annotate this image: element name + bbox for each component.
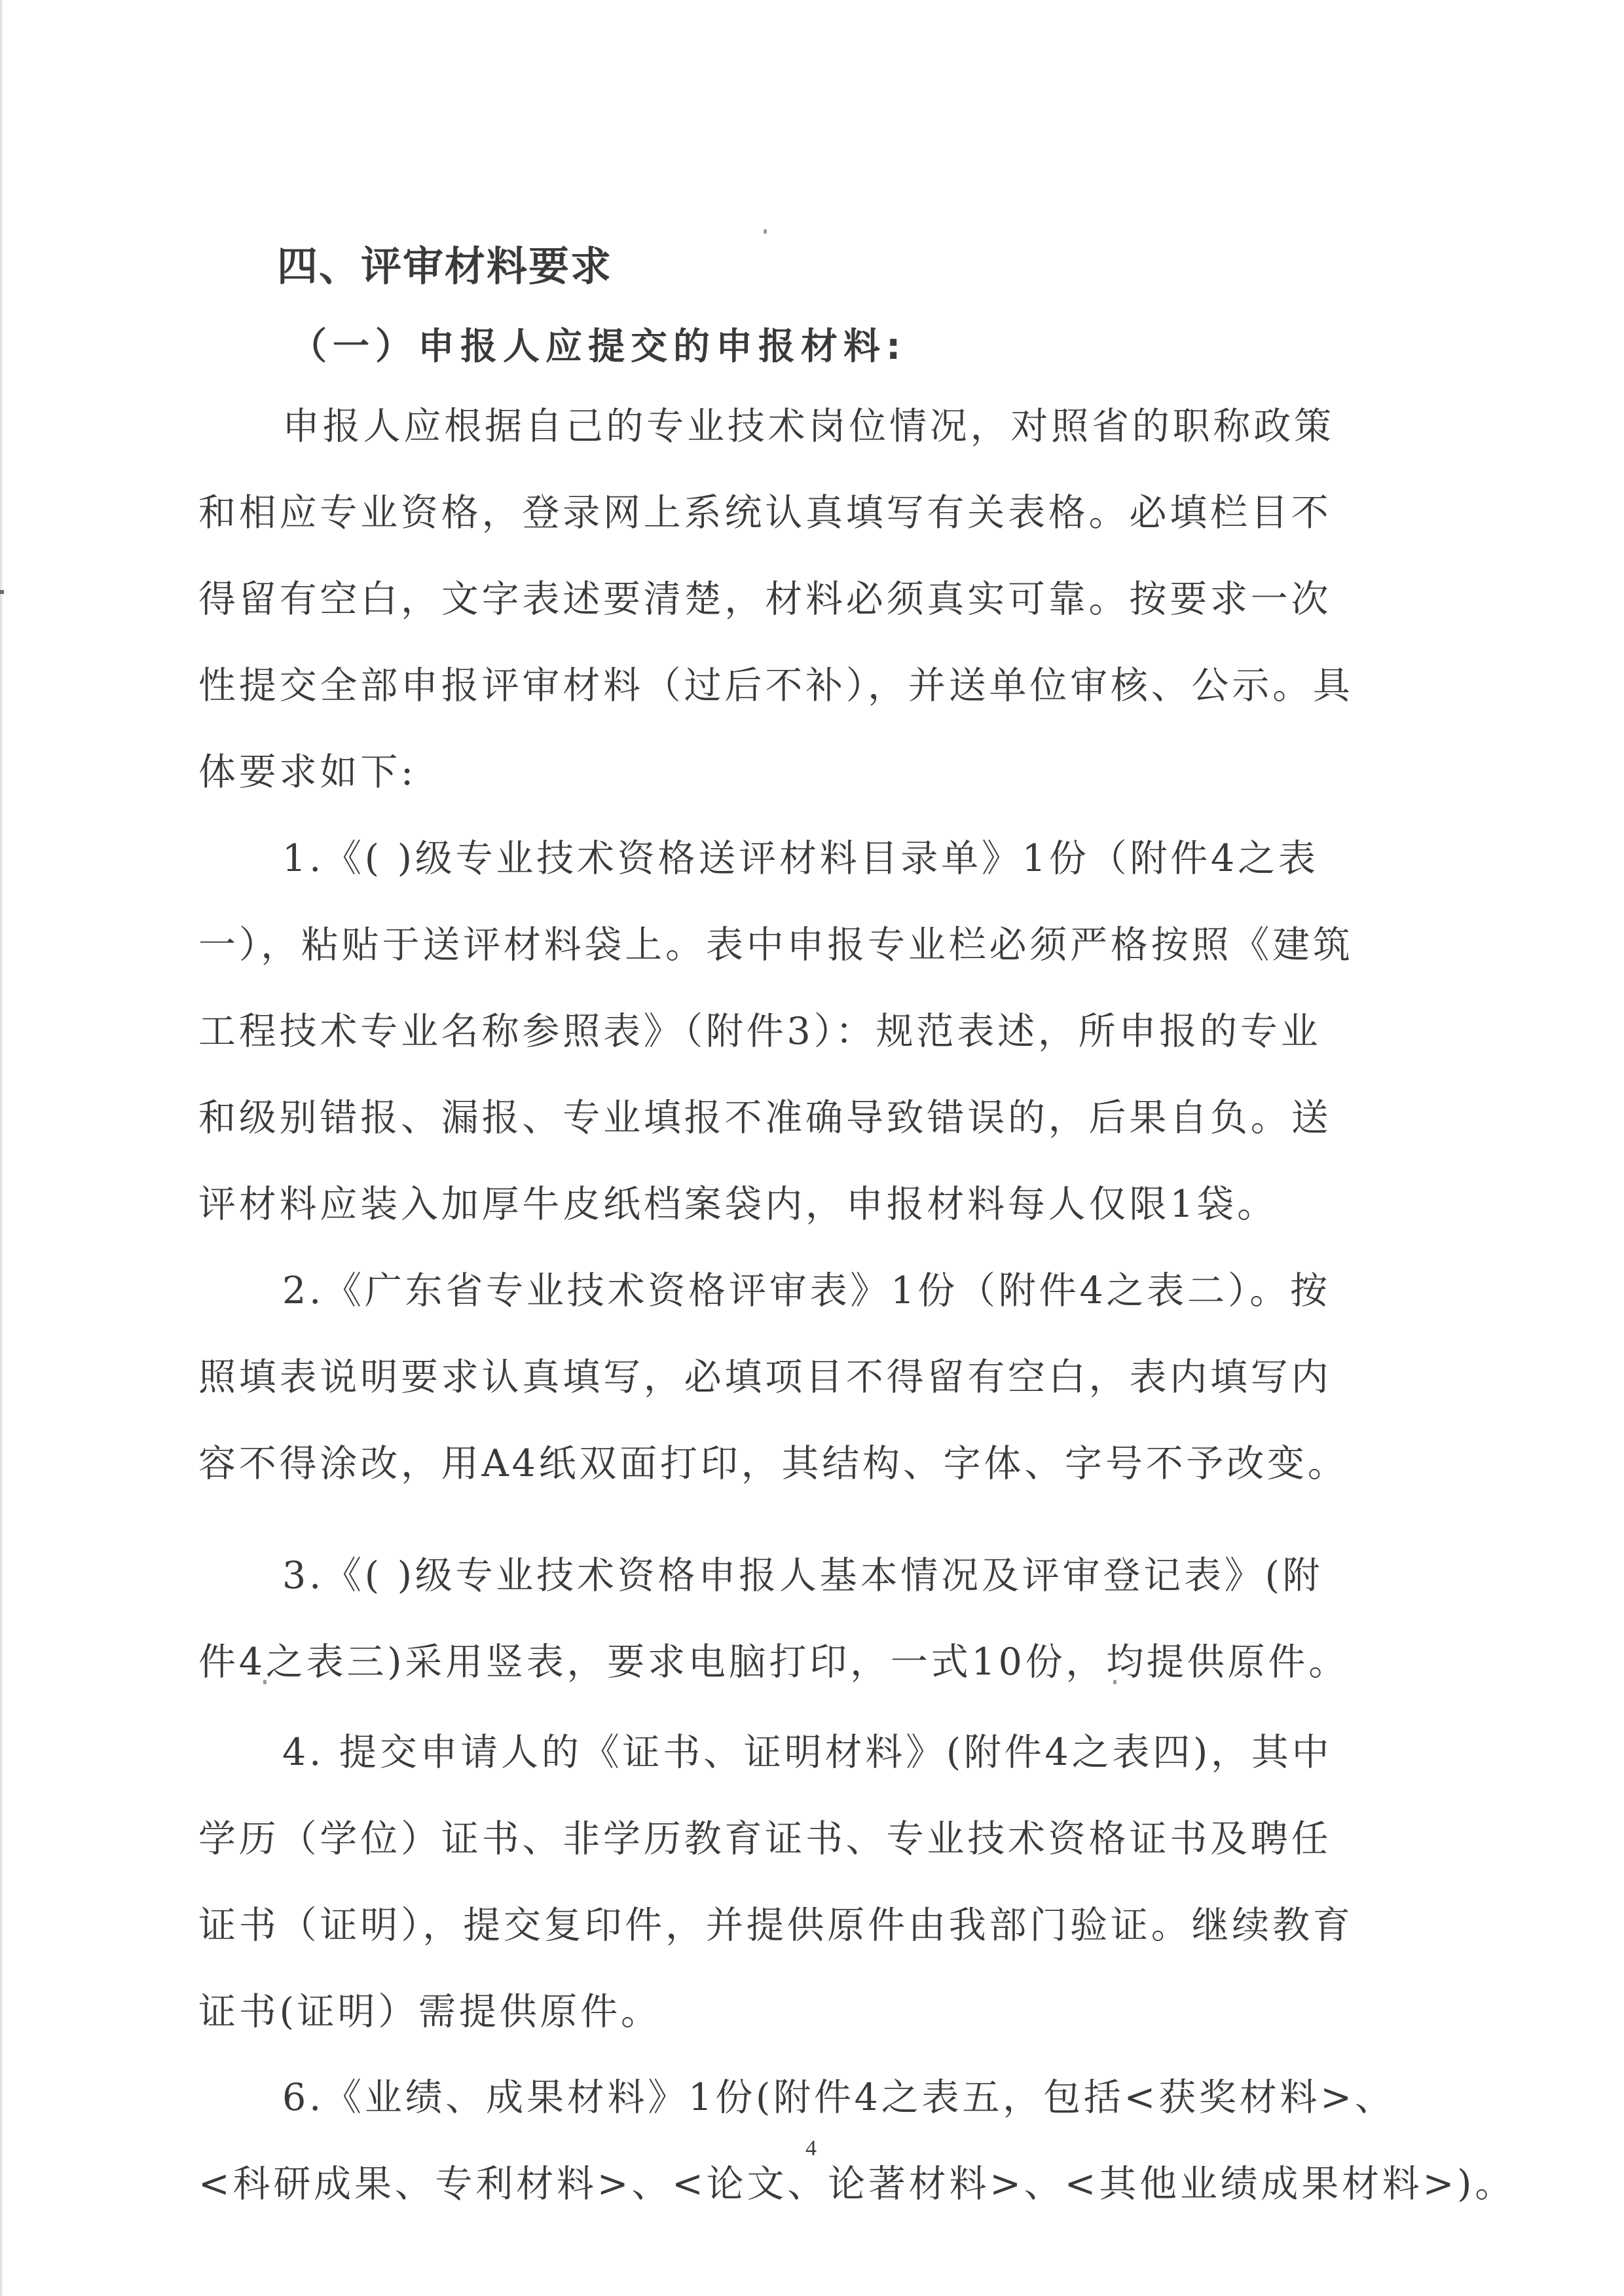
scan-speck [1113, 1680, 1116, 1684]
scan-speck [263, 1680, 267, 1684]
text-line: 性提交全部申报评审材料（过后不补），并送单位审核、公示。具 [198, 642, 1430, 729]
text-line: 2.《广东省专业技术资格评审表》1份（附件4之表二）。按 [198, 1248, 1430, 1334]
text-line: 证书（证明），提交复印件，并提供原件由我部门验证。继续教育 [198, 1882, 1430, 1969]
scan-artifact-mark [0, 590, 4, 594]
requirement-item-3: 3.《( )级专业技术资格申报人基本情况及评审登记表》(附 件4之表三)采用竖表… [198, 1532, 1430, 1705]
text-line: 件4之表三)采用竖表，要求电脑打印，一式10份，均提供原件。 [198, 1619, 1430, 1705]
requirement-item-1: 1.《( )级专业技术资格送评材料目录单》1份（附件4之表 一），粘贴于送评材料… [198, 815, 1430, 1248]
text-line: 得留有空白，文字表述要清楚，材料必须真实可靠。按要求一次 [198, 556, 1430, 642]
text-line: 一），粘贴于送评材料袋上。表中申报专业栏必须严格按照《建筑 [198, 902, 1430, 988]
text-line: 3.《( )级专业技术资格申报人基本情况及评审登记表》(附 [198, 1532, 1430, 1619]
section-heading: 四、评审材料要求 [277, 237, 612, 296]
subsection-heading: （一）申报人应提交的申报材料: [290, 318, 906, 377]
text-line: 和相应专业资格，登录网上系统认真填写有关表格。必填栏目不 [198, 470, 1430, 556]
intro-paragraph: 申报人应根据自己的专业技术岗位情况，对照省的职称政策 和相应专业资格，登录网上系… [198, 383, 1430, 815]
requirement-item-4: 4. 提交申请人的《证书、证明材料》(附件4之表四)，其中 学历（学位）证书、非… [198, 1709, 1430, 2055]
scan-speck [764, 229, 767, 234]
text-line: 证书(证明）需提供原件。 [198, 1969, 1430, 2055]
text-line: 学历（学位）证书、非学历教育证书、专业技术资格证书及聘任 [198, 1796, 1430, 1882]
requirement-item-2: 2.《广东省专业技术资格评审表》1份（附件4之表二）。按 照填表说明要求认真填写… [198, 1248, 1430, 1507]
text-line: 工程技术专业名称参照表》（附件3）：规范表述，所申报的专业 [198, 988, 1430, 1075]
page-number: 4 [805, 2136, 817, 2161]
scan-edge-shadow [0, 0, 4, 2296]
text-line: 照填表说明要求认真填写，必填项目不得留有空白，表内填写内 [198, 1334, 1430, 1420]
text-line: 评材料应装入加厚牛皮纸档案袋内，申报材料每人仅限1袋。 [198, 1161, 1430, 1248]
text-line: 容不得涂改，用A4纸双面打印，其结构、字体、字号不予改变。 [198, 1420, 1430, 1507]
text-line: 4. 提交申请人的《证书、证明材料》(附件4之表四)，其中 [198, 1709, 1430, 1796]
text-line: 申报人应根据自己的专业技术岗位情况，对照省的职称政策 [198, 383, 1430, 470]
text-line: 1.《( )级专业技术资格送评材料目录单》1份（附件4之表 [198, 815, 1430, 902]
text-line: 6.《业绩、成果材料》1份(附件4之表五，包括<获奖材料>、 [198, 2054, 1430, 2141]
text-line: 和级别错报、漏报、专业填报不准确导致错误的，后果自负。送 [198, 1075, 1430, 1161]
text-line: 体要求如下: [198, 729, 1430, 815]
